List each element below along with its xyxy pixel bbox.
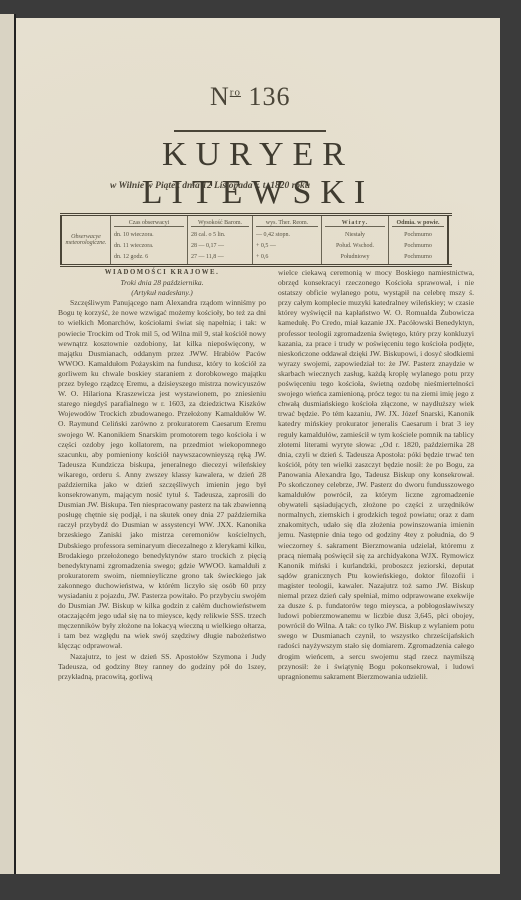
- masthead-title: KURYER LITEWSKI: [58, 136, 458, 212]
- weather-winds-header: Wiatry.: [325, 220, 385, 227]
- issue-number: Nro 136: [210, 82, 290, 112]
- previous-page-edge: [0, 14, 16, 874]
- weather-therm: — 0,42 stopn.: [256, 232, 318, 238]
- weather-therm-col: wys. Ther. Reom. — 0,42 stopn. + 0,5 — +…: [253, 216, 322, 264]
- weather-time-header: Czas obserwacyi: [114, 220, 184, 227]
- weather-wind: Połud. Wschod.: [325, 243, 385, 249]
- dateline: w Wilnie w Piątek dnia 12 Listopada r. t…: [110, 181, 410, 191]
- weather-sky: Pochmurno: [392, 232, 444, 238]
- article-column-right: wielce ciekawą ceremonią w mocy Boskiego…: [278, 268, 474, 682]
- issue-no-label: N: [210, 82, 230, 111]
- weather-therm-header: wys. Ther. Reom.: [256, 220, 318, 227]
- section-heading: WIADOMOŚCI KRAJOWE.: [58, 268, 266, 278]
- weather-time: dn. 12 godz. 6: [114, 254, 184, 260]
- issue-number-value: 136: [248, 82, 290, 111]
- weather-therm: + 0,6: [256, 254, 318, 260]
- article-dateline: Troki dnia 28 października.: [58, 278, 266, 288]
- weather-therm: + 0,5 —: [256, 243, 318, 249]
- weather-sky: Pochmurno: [392, 243, 444, 249]
- weather-baro: 27 — 11,8 —: [191, 254, 249, 260]
- article-paragraph: Szczęśliwym Panującego nam Alexandra rzą…: [58, 298, 266, 651]
- weather-wind: Południowy: [325, 254, 385, 260]
- weather-time: dn. 10 wieczora.: [114, 232, 184, 238]
- article-paragraph: Nazajutrz, to jest w dzień SS. Apostołów…: [58, 652, 266, 682]
- weather-time: dn. 11 wieczora.: [114, 243, 184, 249]
- article-paragraph: wielce ciekawą ceremonią w mocy Boskiego…: [278, 268, 474, 682]
- article-note: (Artykuł nadesłany.): [58, 288, 266, 298]
- weather-label: Obserwacye meteorologiczne.: [60, 216, 111, 264]
- weather-sky-header: Odmia. w powie.: [392, 220, 444, 227]
- weather-baro-col: Wysokość Barom. 28 cal. o 5 lin. 28 — 0,…: [188, 216, 253, 264]
- article-column-left: WIADOMOŚCI KRAJOWE. Troki dnia 28 paździ…: [58, 268, 266, 682]
- weather-baro: 28 cal. o 5 lin.: [191, 232, 249, 238]
- masthead-rule: [174, 130, 326, 132]
- weather-baro-header: Wysokość Barom.: [191, 220, 249, 227]
- weather-baro: 28 — 0,17 —: [191, 243, 249, 249]
- weather-time-col: Czas obserwacyi dn. 10 wieczora. dn. 11 …: [111, 216, 188, 264]
- weather-winds-col: Wiatry. Niestały Połud. Wschod. Południo…: [322, 216, 389, 264]
- weather-sky: Pochmurno: [392, 254, 444, 260]
- weather-table: Obserwacye meteorologiczne. Czas obserwa…: [60, 213, 452, 267]
- issue-no-sup: ro: [230, 86, 241, 98]
- weather-sky-col: Odmia. w powie. Pochmurno Pochmurno Poch…: [389, 216, 449, 264]
- weather-wind: Niestały: [325, 232, 385, 238]
